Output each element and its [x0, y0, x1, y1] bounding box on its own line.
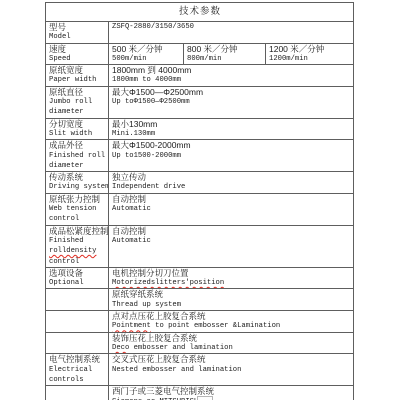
- value-line: 800 米／分钟: [187, 44, 263, 54]
- label-line: 传动系统: [49, 172, 106, 182]
- value-line: 点对点压花上胶复合系统: [112, 311, 351, 321]
- value-line: ZSFQ-2880/3150/3650: [112, 22, 351, 32]
- label-line: diameter: [49, 161, 106, 171]
- value-line: 1800mm 到 4000mm: [112, 65, 351, 75]
- label-line: Finished: [49, 236, 106, 246]
- value-line: 800m/min: [187, 54, 263, 64]
- param-value-finished-roll-density-control: 自动控制Automatic: [109, 225, 354, 267]
- value-line: 交叉式压花上胶复合系统: [112, 354, 351, 364]
- row-speed: 速度Speed500 米／分钟500m/min800 米／分钟800m/min1…: [46, 43, 354, 65]
- value-line: Automatic: [112, 236, 351, 246]
- value-line: 装饰压花上胶复合系统: [112, 333, 351, 343]
- param-value-optional: 电机控制分切刀位置Motorizedslitters'position: [109, 267, 354, 289]
- label-line: Electrical: [49, 365, 106, 375]
- param-label-finished-roll-density-control: 成品松紧度控制Finishedrolldensitycontrol: [46, 225, 109, 267]
- label-line: Jumbo roll: [49, 97, 106, 107]
- value-line: 自动控制: [112, 194, 351, 204]
- label-line: diameter: [49, 107, 106, 117]
- label-line: controls: [49, 375, 106, 385]
- param-value-speed: 500 米／分钟500m/min: [109, 43, 184, 65]
- value-line: 1200m/min: [269, 54, 351, 64]
- label-line: 原纸直径: [49, 87, 106, 97]
- value-line: Pointment to point embosser &Lamination: [112, 321, 351, 331]
- param-value-electrical-controls: 交叉式压花上胶复合系统Nested embosser and laminatio…: [109, 354, 354, 386]
- value-line: Independent drive: [112, 182, 351, 192]
- label-line: 分切宽度: [49, 119, 106, 129]
- row-jumbo-roll-diameter: 原纸直径Jumbo rolldiameter最大Φ1500—Φ2500mmUp …: [46, 86, 354, 118]
- param-label-electrical-controls: 电气控制系统Electricalcontrols: [46, 354, 109, 386]
- param-label-jumbo-roll-diameter: 原纸直径Jumbo rolldiameter: [46, 86, 109, 118]
- param-label-electrical-siemens: [46, 386, 109, 400]
- value-line: Deco embosser and lamination: [112, 343, 351, 353]
- tech-params-table: 技术参数 型号ModelZSFQ-2880/3150/3650速度Speed50…: [45, 2, 354, 400]
- value-line: 电机控制分切刀位置: [112, 268, 351, 278]
- label-line: rolldensity: [49, 246, 106, 256]
- param-label-optional-point-embosser: [46, 311, 109, 333]
- label-line: 选项设备: [49, 268, 106, 278]
- row-electrical-controls: 电气控制系统Electricalcontrols交叉式压花上胶复合系统Neste…: [46, 354, 354, 386]
- label-line: 原纸宽度: [49, 65, 106, 75]
- value-line: Automatic: [112, 204, 351, 214]
- param-value-optional-deco-embosser: 装饰压花上胶复合系统Deco embosser and lamination: [109, 332, 354, 354]
- label-line: 速度: [49, 44, 106, 54]
- label-line: Speed: [49, 54, 106, 64]
- value-line: Up toΦ1500—Φ2500mm: [112, 97, 351, 107]
- page-bottom-artifact: [197, 396, 213, 400]
- label-line: control: [49, 214, 106, 224]
- param-value-electrical-siemens: 西门子或三菱电气控制系统Siemens or MITSUBISHI: [109, 386, 354, 400]
- value-line: 最大Φ1500—Φ2500mm: [112, 87, 351, 97]
- value-line: Nested embosser and lamination: [112, 365, 351, 375]
- label-line: Finished roll: [49, 151, 106, 161]
- row-paper-width: 原纸宽度Paper width1800mm 到 4000mm1800mm to …: [46, 65, 354, 87]
- label-line: Web tension: [49, 204, 106, 214]
- param-value-speed: 1200 米／分钟1200m/min: [266, 43, 354, 65]
- param-label-optional-thread-up: [46, 289, 109, 311]
- table-title: 技术参数: [46, 3, 354, 22]
- label-line: 原纸张力控制: [49, 194, 106, 204]
- value-line: Up to1500-2000mm: [112, 151, 351, 161]
- label-line: 成品外径: [49, 140, 106, 150]
- label-line: 型号: [49, 22, 106, 32]
- document-page: 技术参数 型号ModelZSFQ-2880/3150/3650速度Speed50…: [0, 0, 400, 400]
- row-finished-roll-diameter: 成品外径Finished rolldiameter最大Φ1500-2000mmU…: [46, 140, 354, 172]
- row-slit-width: 分切宽度Slit width最小130mmMini.130mm: [46, 118, 354, 140]
- param-value-optional-point-embosser: 点对点压花上胶复合系统Pointment to point embosser &…: [109, 311, 354, 333]
- row-optional-thread-up: 原纸穿纸系统Thread up system: [46, 289, 354, 311]
- value-line: 西门子或三菱电气控制系统: [112, 386, 351, 396]
- param-value-driving-system: 独立传动Independent drive: [109, 172, 354, 194]
- param-value-paper-width: 1800mm 到 4000mm1800mm to 4000mm: [109, 65, 354, 87]
- row-optional-point-embosser: 点对点压花上胶复合系统Pointment to point embosser &…: [46, 311, 354, 333]
- label-line: 成品松紧度控制: [49, 226, 106, 236]
- param-label-finished-roll-diameter: 成品外径Finished rolldiameter: [46, 140, 109, 172]
- param-label-slit-width: 分切宽度Slit width: [46, 118, 109, 140]
- value-line: Siemens or MITSUBISHI: [112, 397, 351, 400]
- value-line: 500m/min: [112, 54, 181, 64]
- value-line: Motorizedslitters'position: [112, 278, 351, 288]
- value-line: 最大Φ1500-2000mm: [112, 140, 351, 150]
- param-value-slit-width: 最小130mmMini.130mm: [109, 118, 354, 140]
- value-line: 最小130mm: [112, 119, 351, 129]
- row-model: 型号ModelZSFQ-2880/3150/3650: [46, 22, 354, 44]
- value-line: 自动控制: [112, 226, 351, 236]
- row-optional-deco-embosser: 装饰压花上胶复合系统Deco embosser and lamination: [46, 332, 354, 354]
- value-line: 1800mm to 4000mm: [112, 75, 351, 85]
- param-label-web-tension-control: 原纸张力控制Web tensioncontrol: [46, 193, 109, 225]
- table-title-row: 技术参数: [46, 3, 354, 22]
- row-finished-roll-density-control: 成品松紧度控制Finishedrolldensitycontrol自动控制Aut…: [46, 225, 354, 267]
- value-line: 原纸穿纸系统: [112, 289, 351, 299]
- param-label-optional-deco-embosser: [46, 332, 109, 354]
- label-line: Slit width: [49, 129, 106, 139]
- label-line: Optional: [49, 278, 106, 288]
- param-label-paper-width: 原纸宽度Paper width: [46, 65, 109, 87]
- label-line: Model: [49, 32, 106, 42]
- value-line: 独立传动: [112, 172, 351, 182]
- param-value-finished-roll-diameter: 最大Φ1500-2000mmUp to1500-2000mm: [109, 140, 354, 172]
- label-line: Driving system: [49, 182, 106, 192]
- row-driving-system: 传动系统Driving system独立传动Independent drive: [46, 172, 354, 194]
- row-optional: 选项设备Optional电机控制分切刀位置Motorizedslitters'p…: [46, 267, 354, 289]
- value-line: Thread up system: [112, 300, 351, 310]
- value-line: 500 米／分钟: [112, 44, 181, 54]
- label-line: control: [49, 257, 106, 267]
- value-line: Mini.130mm: [112, 129, 351, 139]
- label-line: 电气控制系统: [49, 354, 106, 364]
- label-line: Paper width: [49, 75, 106, 85]
- param-value-model: ZSFQ-2880/3150/3650: [109, 22, 354, 44]
- param-value-web-tension-control: 自动控制Automatic: [109, 193, 354, 225]
- param-value-optional-thread-up: 原纸穿纸系统Thread up system: [109, 289, 354, 311]
- param-label-optional: 选项设备Optional: [46, 267, 109, 289]
- value-line: 1200 米／分钟: [269, 44, 351, 54]
- param-label-model: 型号Model: [46, 22, 109, 44]
- param-value-jumbo-roll-diameter: 最大Φ1500—Φ2500mmUp toΦ1500—Φ2500mm: [109, 86, 354, 118]
- param-value-speed: 800 米／分钟800m/min: [184, 43, 266, 65]
- param-label-driving-system: 传动系统Driving system: [46, 172, 109, 194]
- row-web-tension-control: 原纸张力控制Web tensioncontrol自动控制Automatic: [46, 193, 354, 225]
- param-label-speed: 速度Speed: [46, 43, 109, 65]
